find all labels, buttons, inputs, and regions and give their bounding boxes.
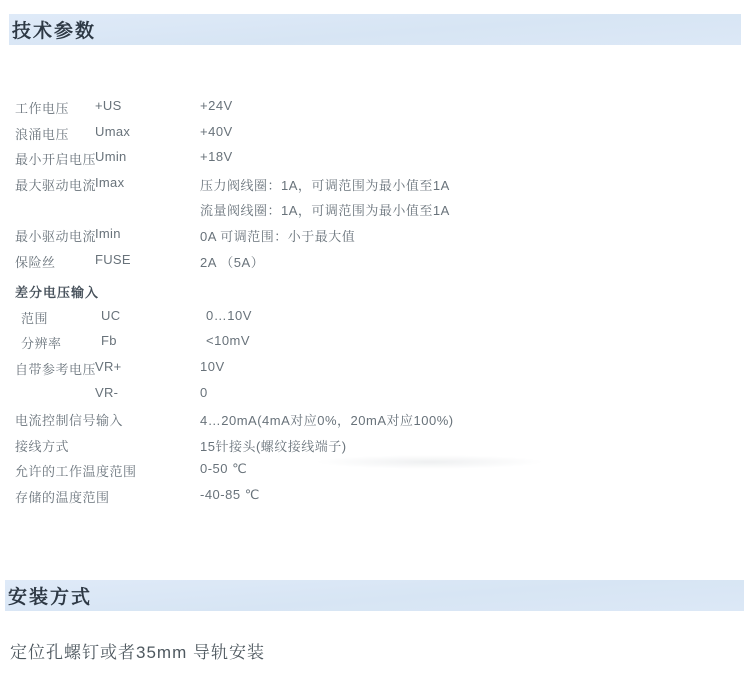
- spec-value: <10mV: [206, 333, 740, 348]
- spec-label: 工作电压: [15, 98, 95, 117]
- spec-label: 存储的温度范围: [15, 487, 95, 506]
- spec-row: 电流控制信号输入 4…20mA(4mA对应0%，20mA对应100%): [15, 406, 740, 432]
- spec-symbol: UC: [101, 308, 206, 323]
- spec-value: +24V: [200, 98, 740, 113]
- spec-value: 10V: [200, 359, 740, 374]
- spec-table: 工作电压 +US +24V 浪涌电压 Umax +40V 最小开启电压 Umin…: [15, 94, 740, 509]
- spec-value: 0-50 ℃: [200, 461, 740, 477]
- spec-label: 分辨率: [15, 333, 101, 352]
- spec-row: 分辨率 Fb <10mV: [15, 329, 740, 355]
- datasheet-page: 技术参数 工作电压 +US +24V 浪涌电压 Umax +40V 最小开启电压…: [0, 0, 750, 698]
- spec-symbol: VR-: [95, 385, 200, 400]
- spec-row: VR- 0: [15, 381, 740, 407]
- spec-row: 最小开启电压 Umin +18V: [15, 145, 740, 171]
- spec-row: 保险丝 FUSE 2A （5A）: [15, 248, 740, 274]
- spec-label: 保险丝: [15, 252, 95, 271]
- spec-value: 0…10V: [206, 308, 740, 323]
- spec-label: 范围: [15, 308, 101, 327]
- install-method-text: 定位孔螺钉或者35mm 导轨安装: [10, 638, 265, 663]
- spec-symbol: Umax: [95, 124, 200, 139]
- spec-group-header: 差分电压输入: [15, 278, 740, 304]
- spec-row: 允许的工作温度范围 0-50 ℃: [15, 457, 740, 483]
- spec-row: 最大驱动电流 Imax 压力阀线圈：1A，可调范围为最小值至1A: [15, 171, 740, 197]
- spec-label: 最大驱动电流: [15, 175, 95, 194]
- spec-symbol: VR+: [95, 359, 200, 374]
- tech-params-header-band: 技术参数: [9, 14, 741, 45]
- spec-label: 接线方式: [15, 436, 95, 455]
- spec-row: 流量阀线圈：1A，可调范围为最小值至1A: [15, 196, 740, 222]
- spec-symbol: Imin: [95, 226, 200, 241]
- spec-value: 2A （5A）: [200, 252, 740, 271]
- spec-row: 最小驱动电流 Imin 0A 可调范围：小于最大值: [15, 222, 740, 248]
- spec-label: 浪涌电压: [15, 124, 95, 143]
- spec-symbol: FUSE: [95, 252, 200, 267]
- spec-label: 最小驱动电流: [15, 226, 95, 245]
- spec-label: 允许的工作温度范围: [15, 461, 95, 480]
- spec-value: 0A 可调范围：小于最大值: [200, 226, 740, 245]
- spec-value: 4…20mA(4mA对应0%，20mA对应100%): [200, 410, 740, 429]
- spec-row: 自带参考电压 VR+ 10V: [15, 355, 740, 381]
- spec-row: 存储的温度范围 -40-85 ℃: [15, 483, 740, 509]
- spec-value: +40V: [200, 124, 740, 139]
- install-title: 安装方式: [5, 582, 92, 609]
- spec-symbol: Umin: [95, 149, 200, 164]
- spec-row: 工作电压 +US +24V: [15, 94, 740, 120]
- spec-value: 15针接头(螺纹接线端子): [200, 436, 740, 455]
- spec-value: 流量阀线圈：1A，可调范围为最小值至1A: [200, 200, 740, 219]
- spec-symbol: Fb: [101, 333, 206, 348]
- spec-symbol: Imax: [95, 175, 200, 190]
- tech-params-title: 技术参数: [9, 16, 96, 43]
- spec-row: 范围 UC 0…10V: [15, 304, 740, 330]
- spec-label: 最小开启电压: [15, 149, 95, 168]
- spec-value: +18V: [200, 149, 740, 164]
- spec-value: 0: [200, 385, 740, 400]
- spec-value: -40-85 ℃: [200, 487, 740, 503]
- spec-row: 接线方式 15针接头(螺纹接线端子): [15, 432, 740, 458]
- spec-label: 自带参考电压: [15, 359, 95, 378]
- spec-value: 压力阀线圈：1A，可调范围为最小值至1A: [200, 175, 740, 194]
- install-header-band: 安装方式: [5, 580, 744, 611]
- spec-row: 浪涌电压 Umax +40V: [15, 120, 740, 146]
- spec-symbol: +US: [95, 98, 200, 113]
- spec-label: 电流控制信号输入: [15, 410, 95, 429]
- spec-group-label: 差分电压输入: [15, 282, 99, 301]
